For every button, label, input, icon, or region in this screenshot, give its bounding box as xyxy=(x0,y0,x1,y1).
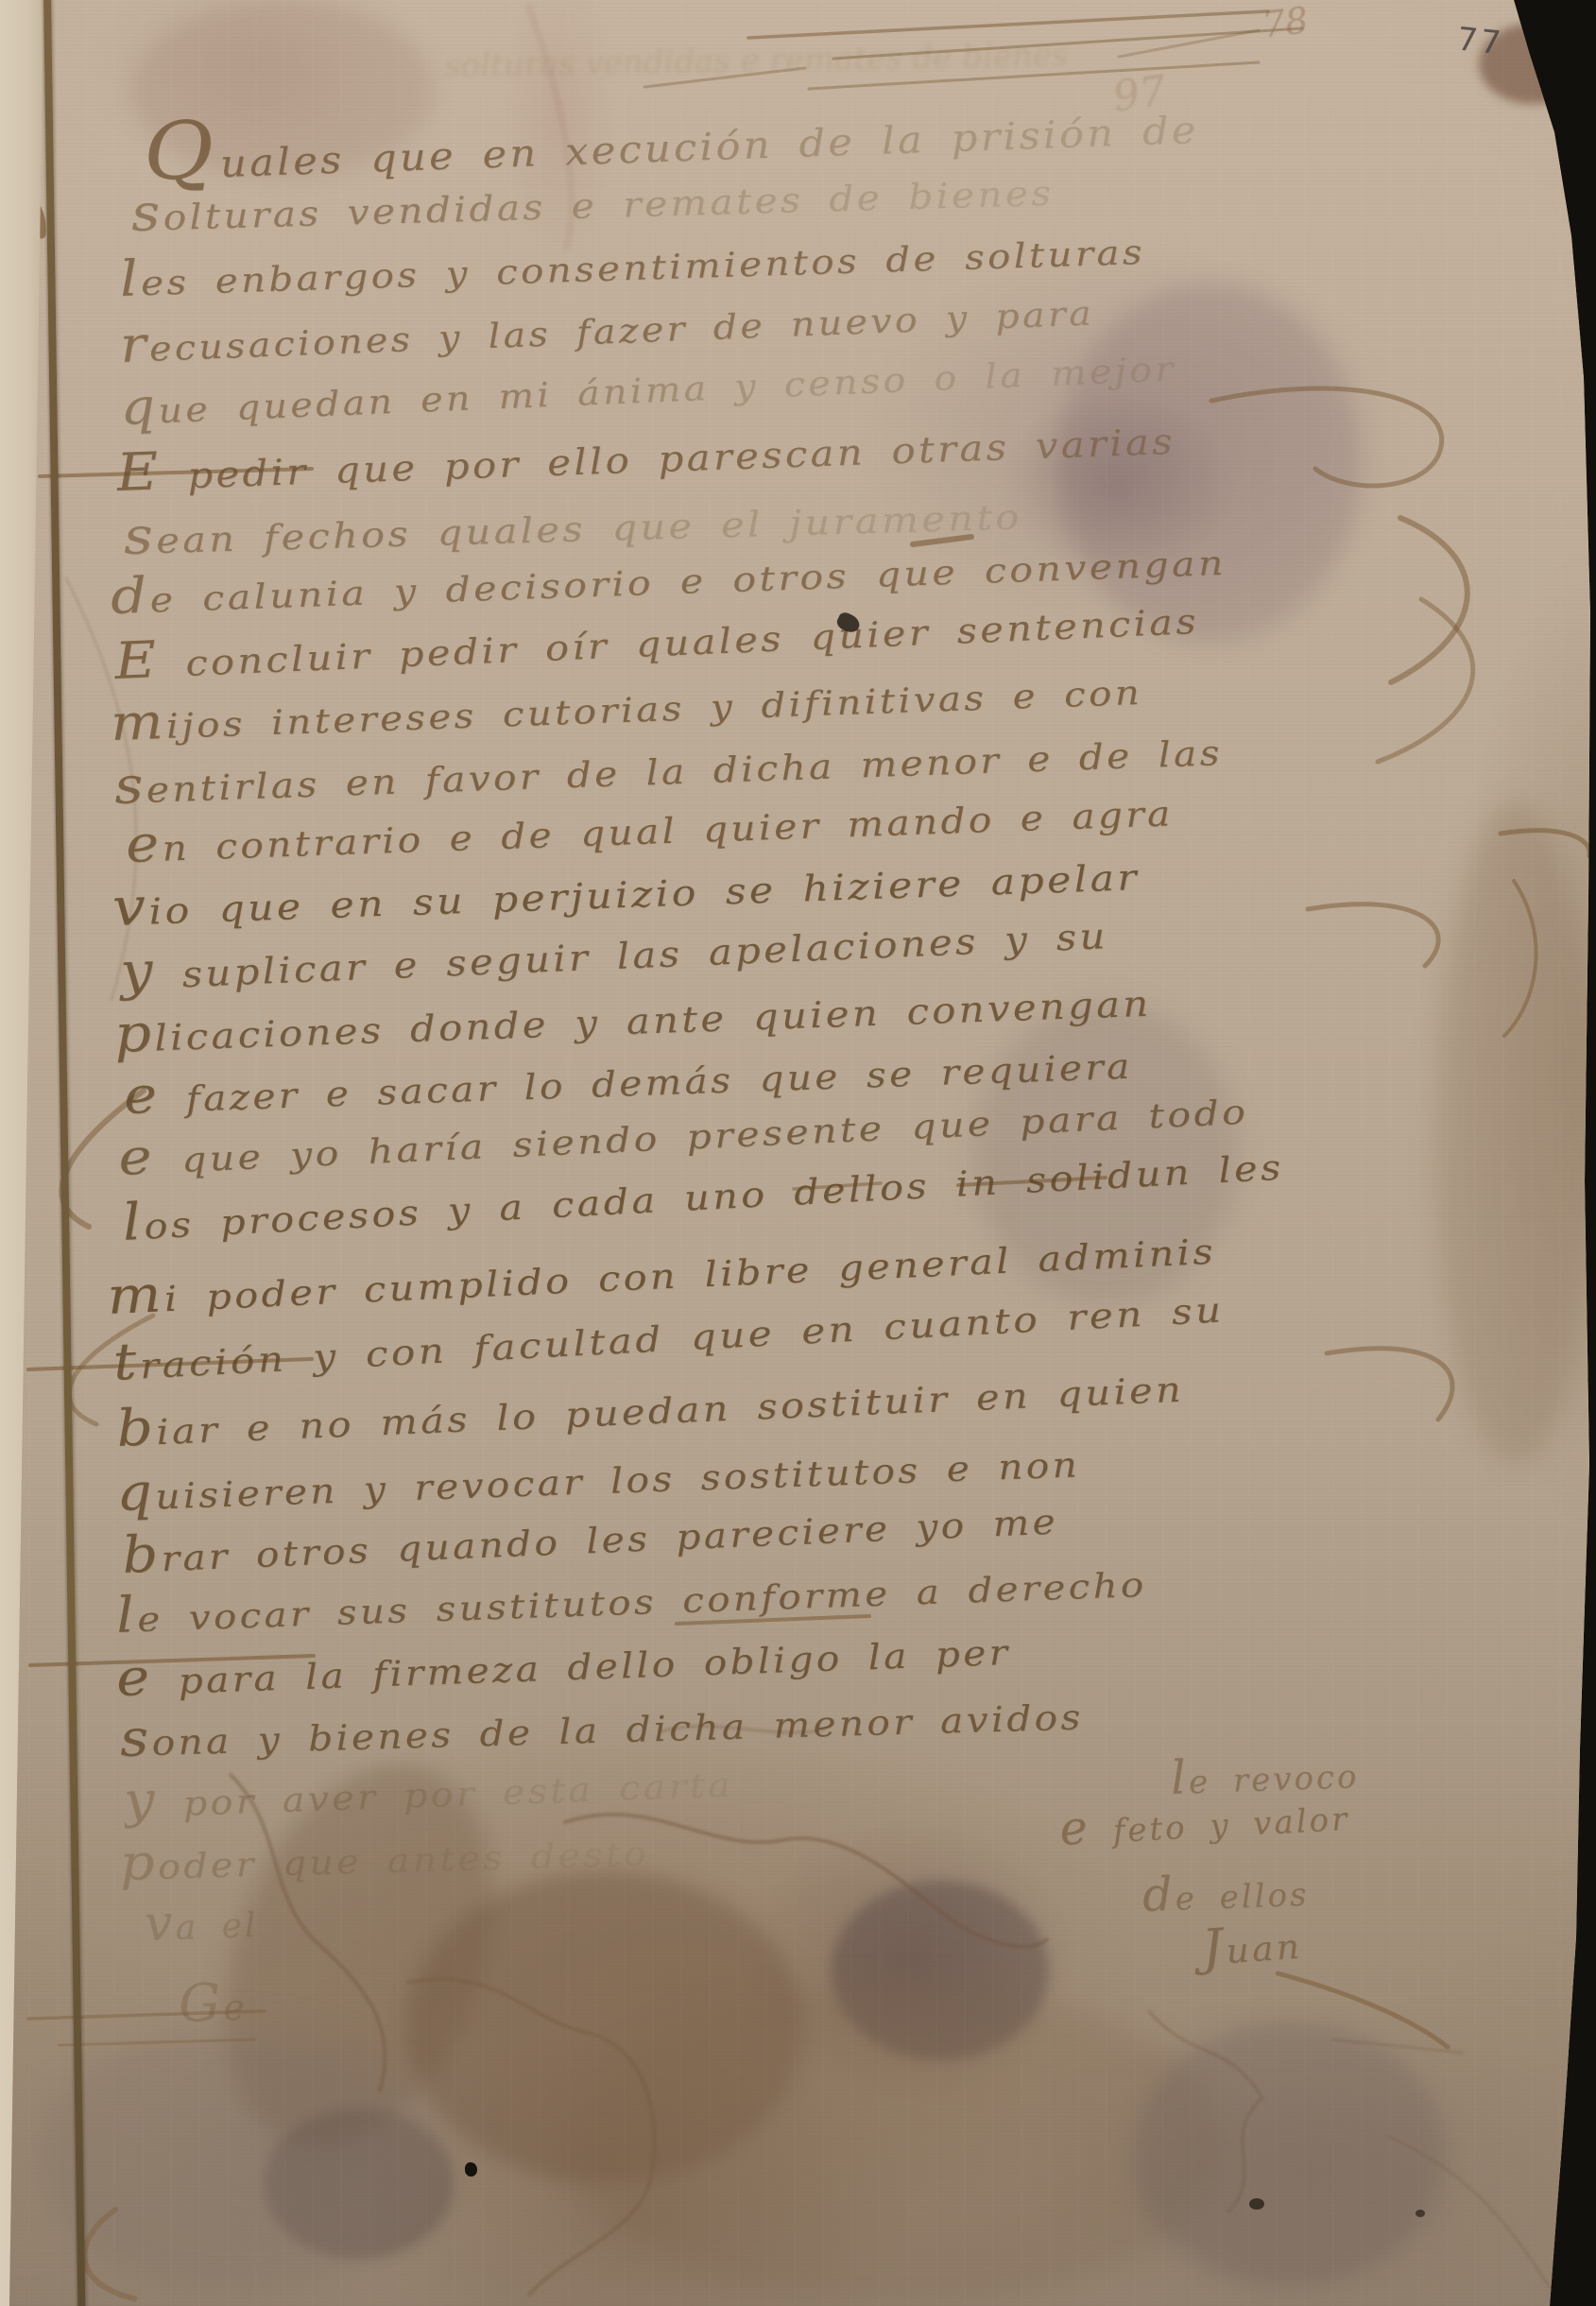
folio-number: 77 xyxy=(1455,21,1505,63)
parchment-page: Quales que en xecución de la prisión des… xyxy=(0,0,1596,2306)
manuscript-line: va el xyxy=(144,1892,259,1953)
manuscript-line: Juan xyxy=(1200,1914,1304,1977)
manuscript-photo: Quales que en xecución de la prisión des… xyxy=(0,0,1596,2306)
manuscript-line: e feto y valor xyxy=(1058,1786,1350,1856)
manuscript-line: Ge xyxy=(178,1970,249,2033)
manuscript-line: poder que antes desto xyxy=(119,1820,650,1892)
bleedthrough-number: 97 xyxy=(1110,66,1170,121)
manuscript-line: de ellos xyxy=(1141,1862,1310,1922)
ghost-folio-number: 78 xyxy=(1260,0,1310,46)
manuscript-text-block: Quales que en xecución de la prisión des… xyxy=(0,0,1596,2306)
